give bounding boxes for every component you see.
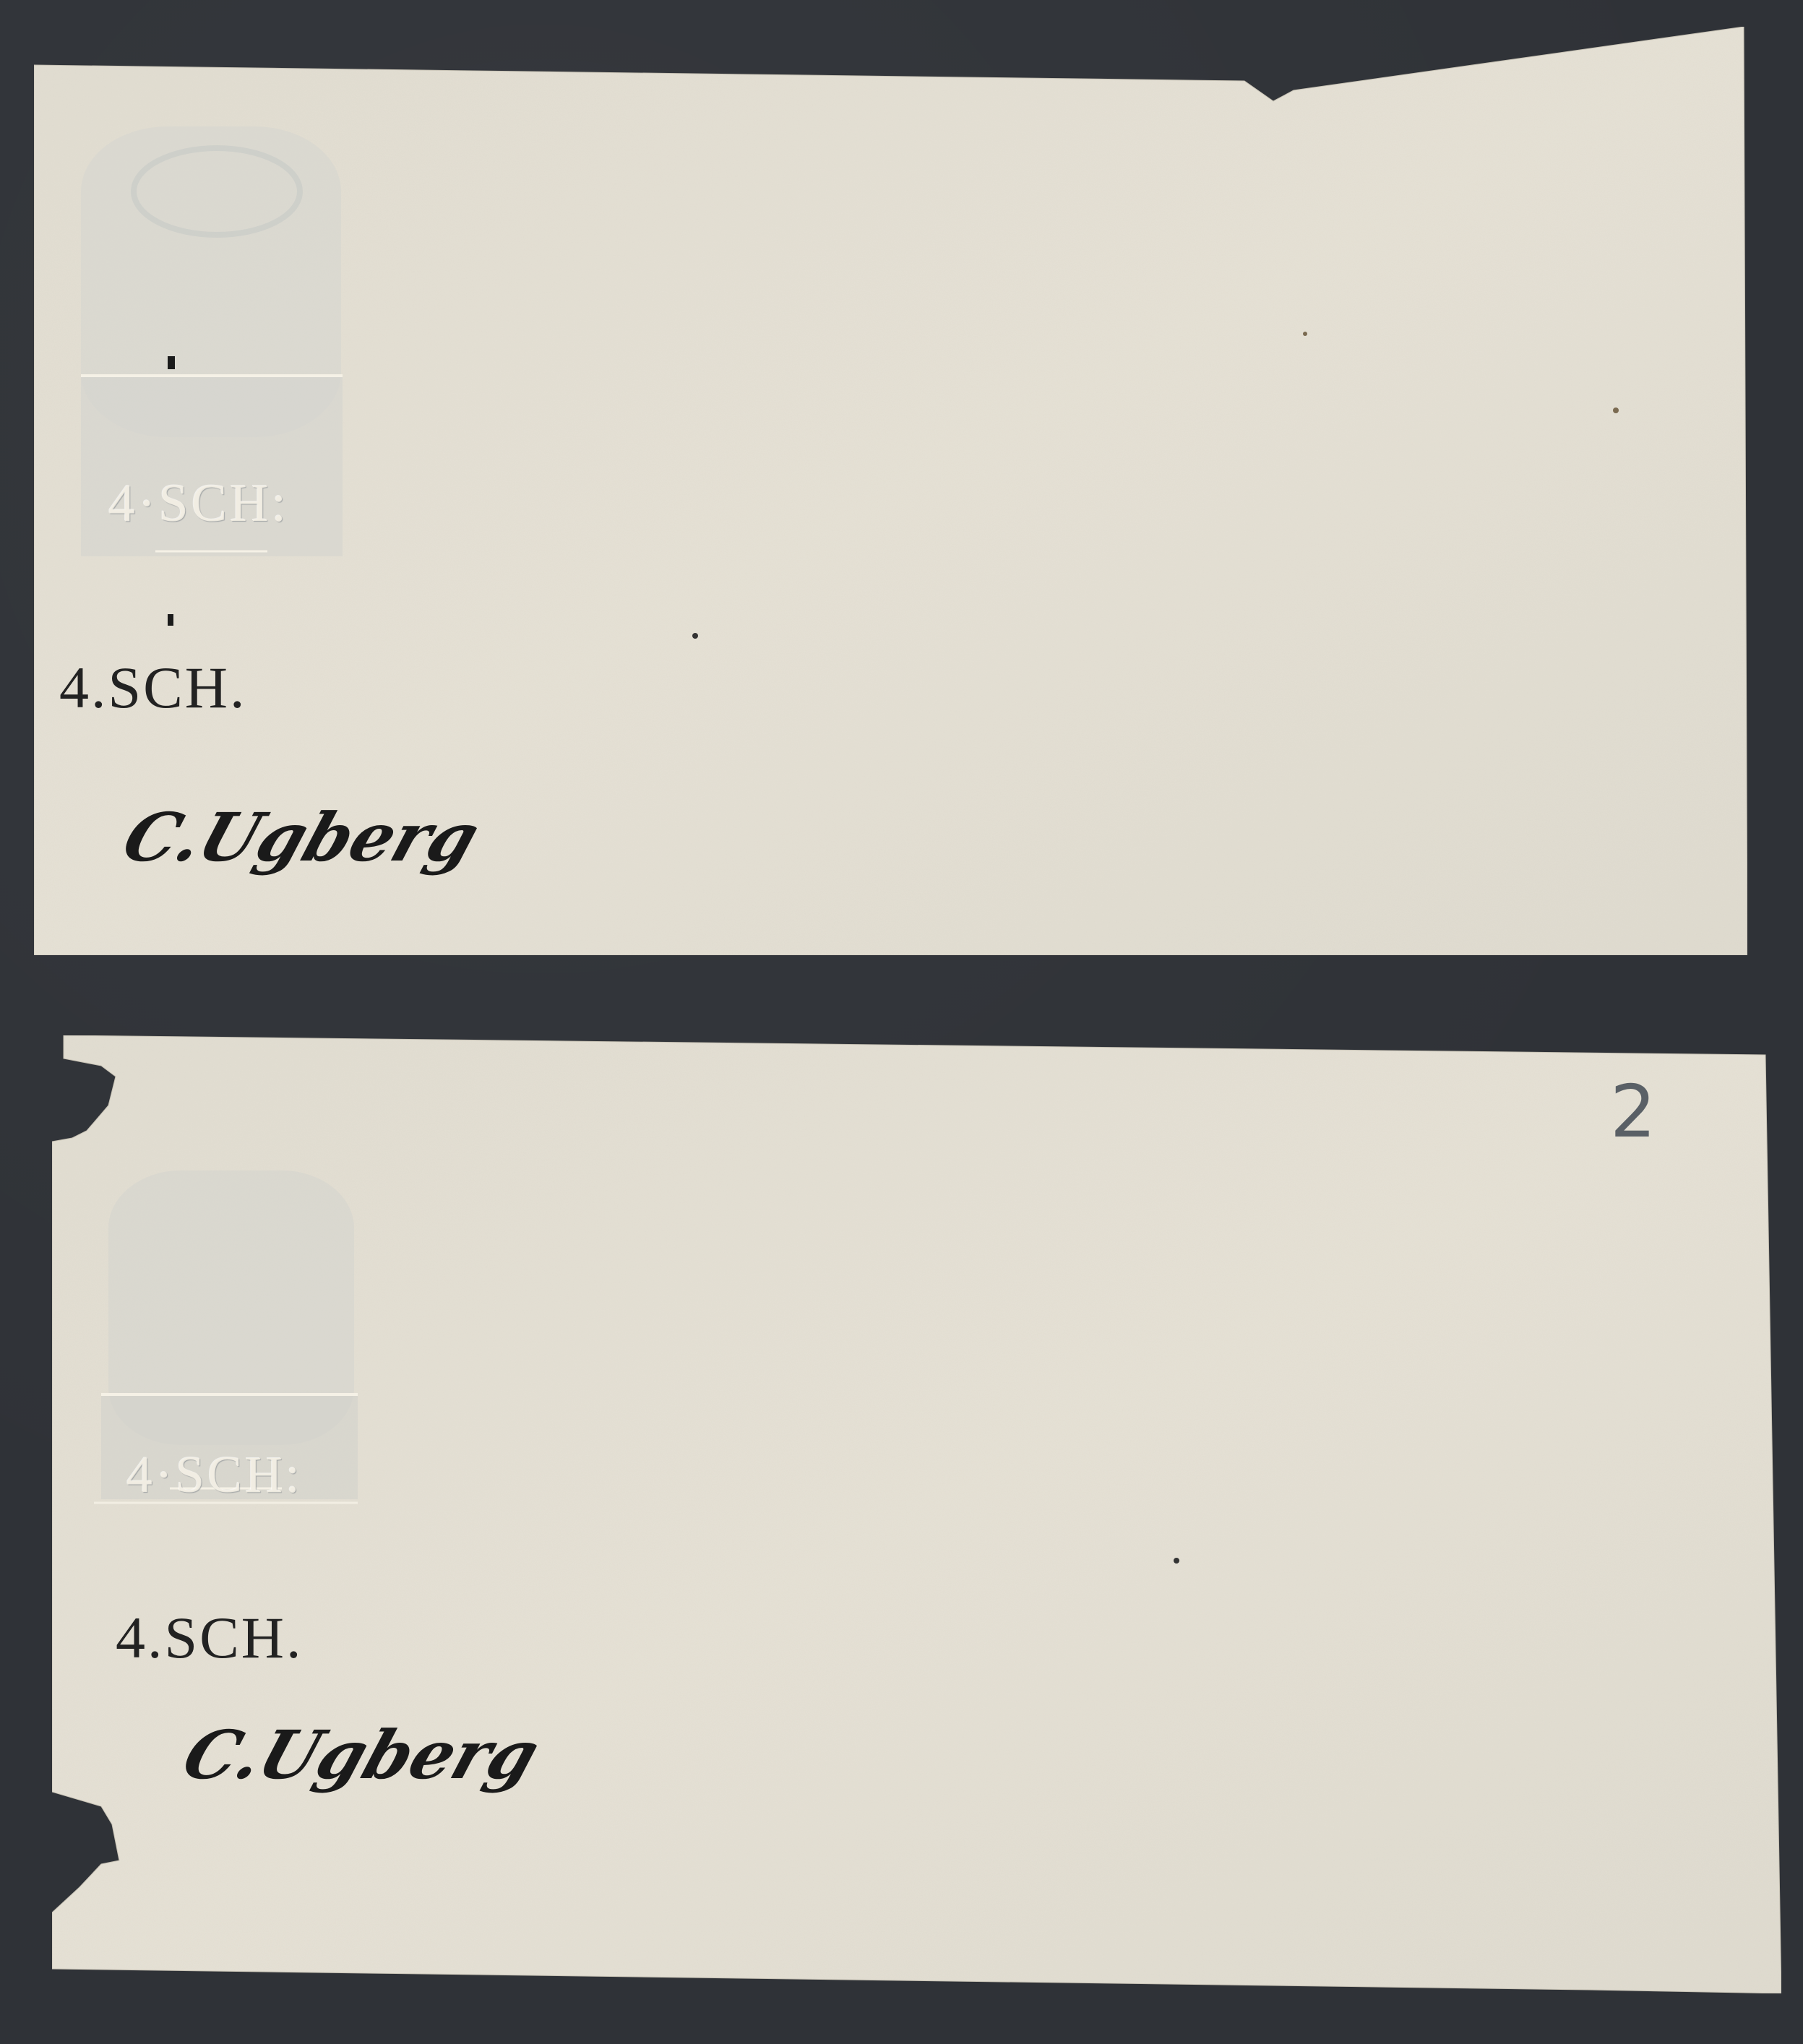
paper-sheets xyxy=(0,0,1803,2044)
sheet-2 xyxy=(52,1035,1781,1993)
sheet-1 xyxy=(34,27,1747,955)
